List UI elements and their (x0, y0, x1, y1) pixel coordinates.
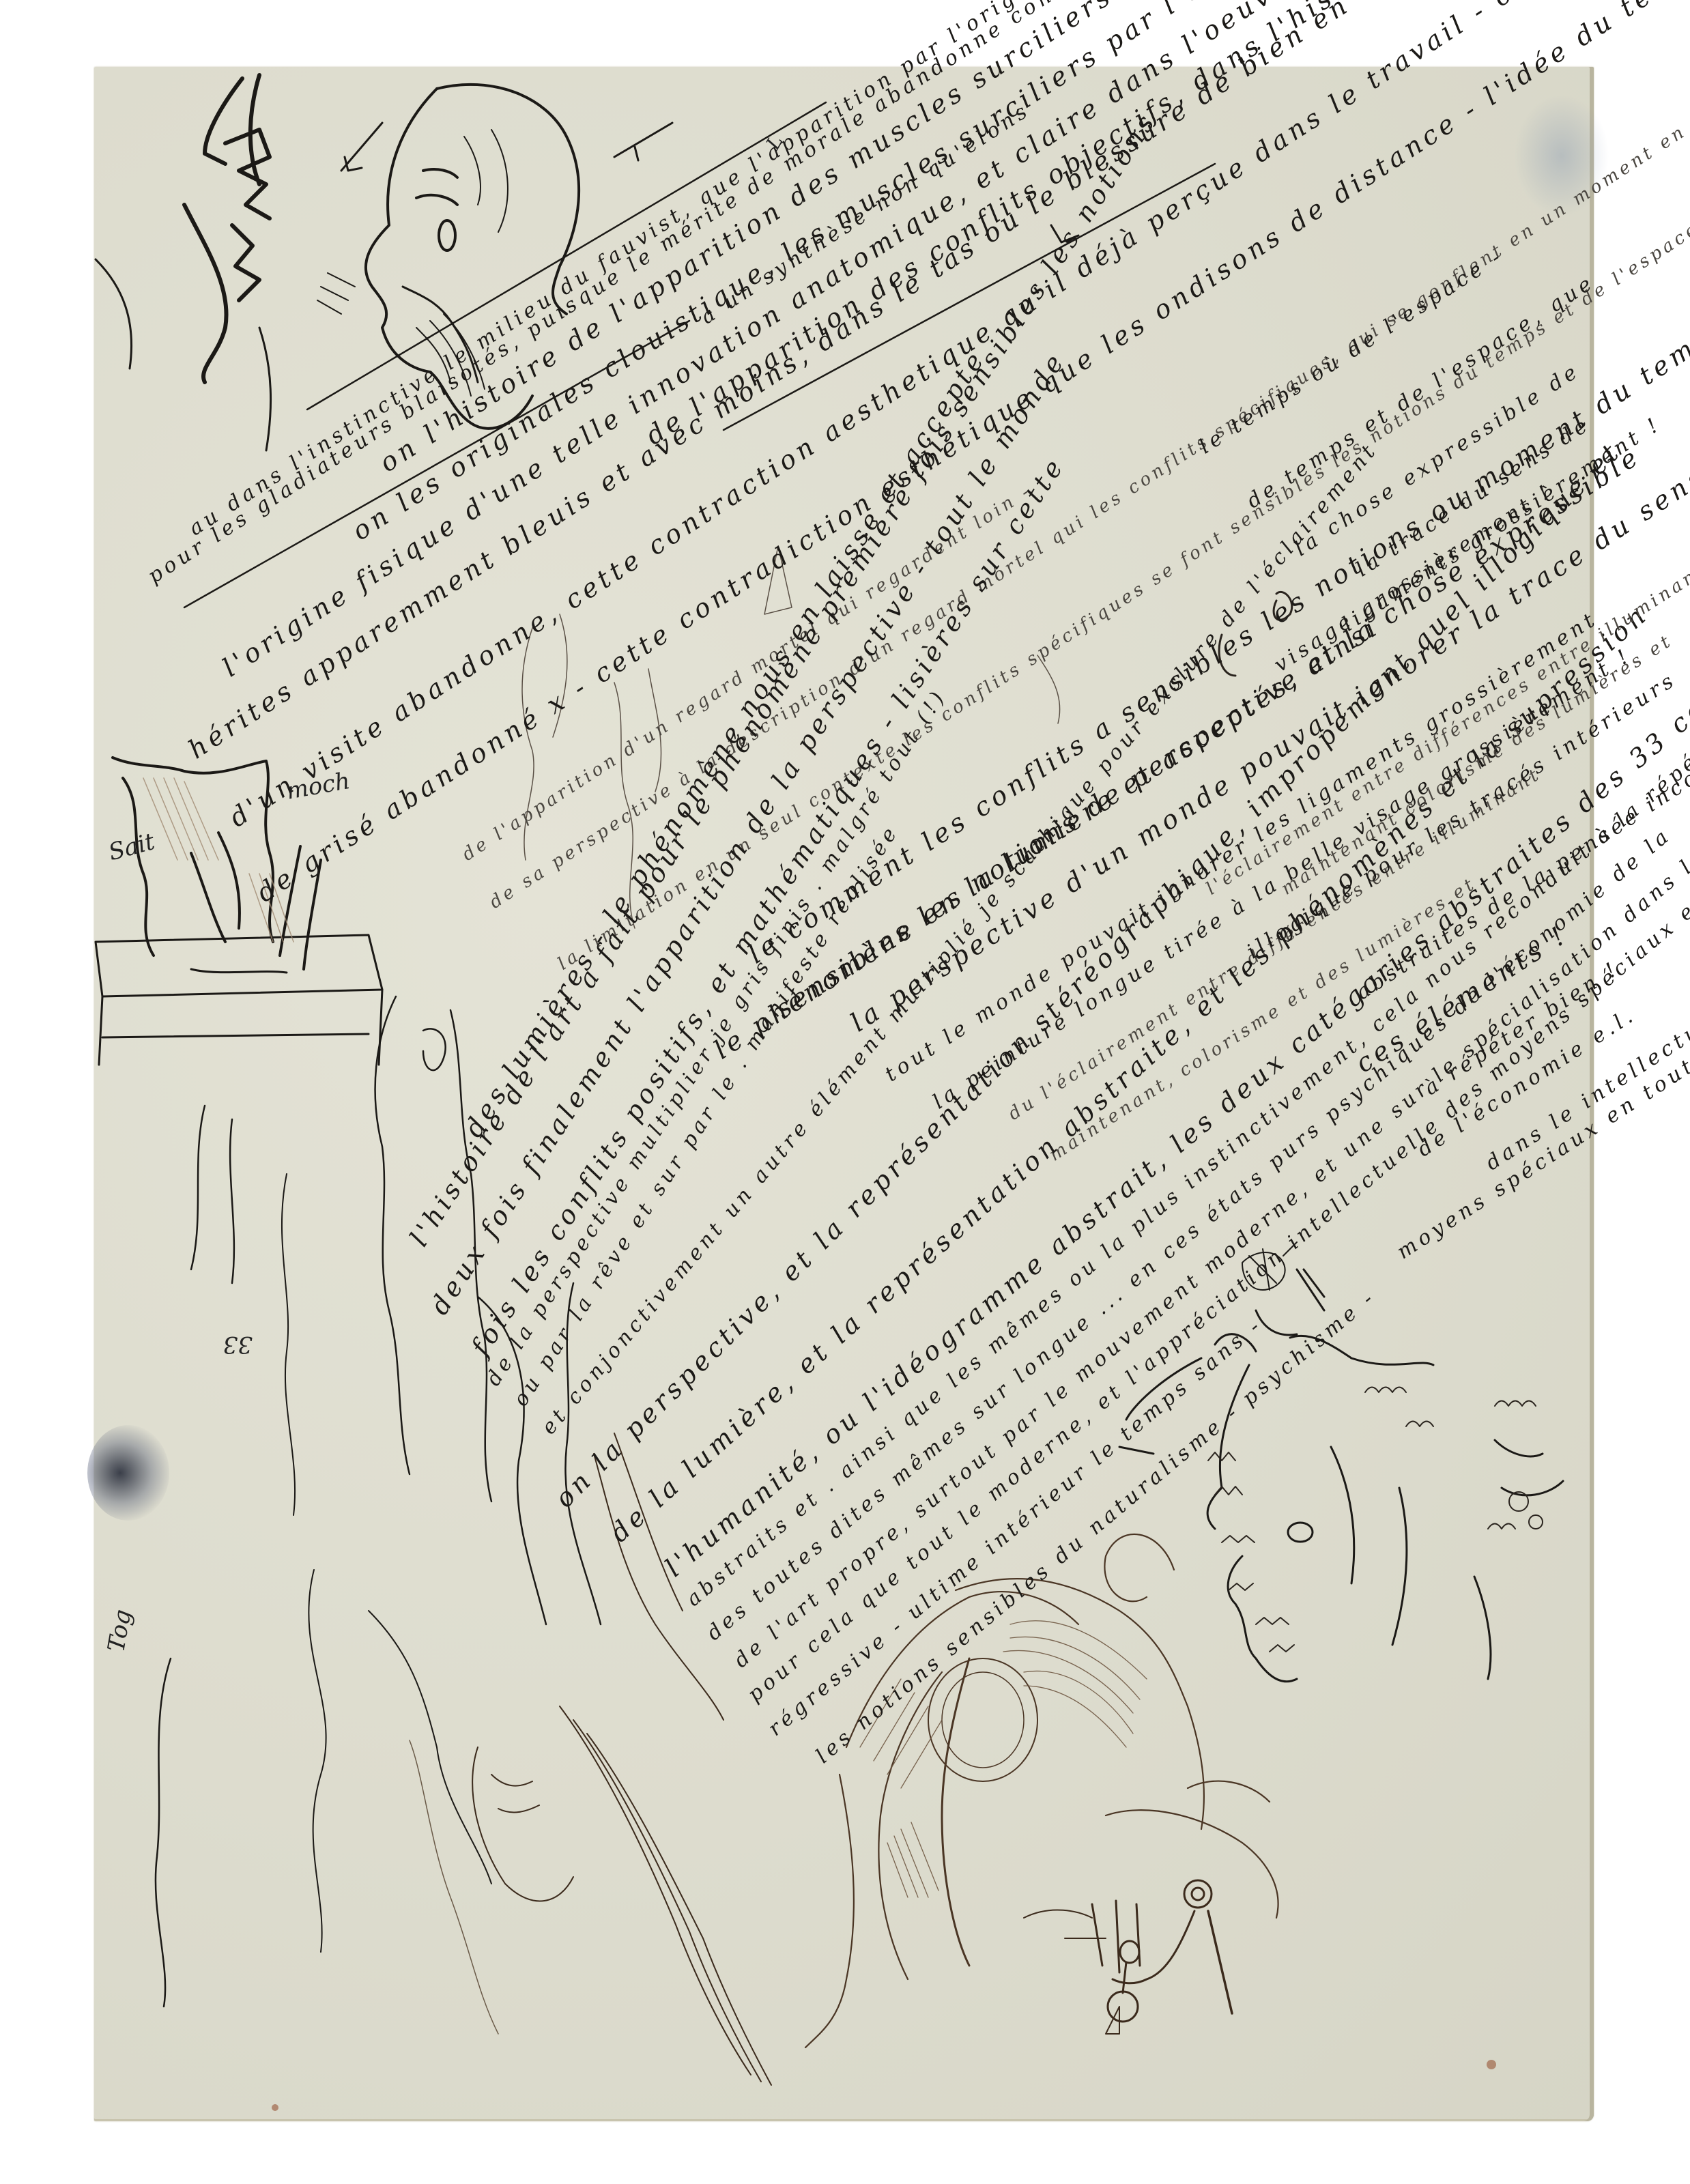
rust-spot (272, 2104, 278, 2111)
margin-note: 33 (223, 1331, 253, 1358)
rust-spot (1487, 2060, 1496, 2069)
ink-blot (87, 1425, 169, 1521)
